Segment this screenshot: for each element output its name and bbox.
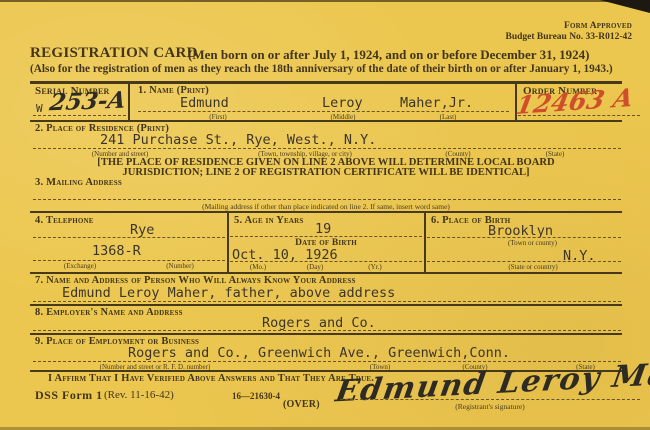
registration-card: Form Approved Budget Bureau No. 33-R012-… — [0, 0, 650, 430]
telephone-exchange-value: Rye — [130, 222, 154, 238]
contact-value: Edmund Leroy Maher, father, above addres… — [62, 285, 395, 301]
title-note: (Men born on or after July 1, 1924, and … — [188, 47, 589, 63]
residence-value: 241 Purchase St., Rye, West., N.Y. — [100, 132, 376, 148]
serial-number-prefix: W — [36, 102, 43, 115]
birth-dotted-line2 — [427, 261, 621, 262]
telephone-dotted-line1 — [33, 237, 225, 238]
contact-dotted-line — [33, 301, 621, 302]
employment-dotted-line — [33, 361, 621, 362]
form-revision: (Rev. 11-16-42) — [104, 389, 174, 401]
serial-dotted-line — [33, 115, 126, 116]
budget-bureau-line: Budget Bureau No. 33-R012-42 — [506, 32, 633, 43]
birth-dotted-line1 — [427, 237, 621, 238]
dob-sub-month: (Mo.) — [238, 263, 278, 271]
over-note: (OVER) — [283, 399, 320, 410]
jurisdiction-notice-line2: JURISDICTION; LINE 2 OF REGISTRATION CER… — [30, 167, 622, 178]
birth-sub-state: (State or country) — [478, 263, 588, 271]
mailing-address-label: 3. Mailing Address — [35, 177, 122, 188]
row1-rule — [30, 120, 622, 122]
order-dotted-line — [518, 115, 640, 116]
signature-label: (Registrant's signature) — [380, 402, 600, 411]
form-number: DSS Form 1 — [35, 388, 103, 403]
serial-name-divider — [128, 84, 130, 121]
subtitle-note: (Also for the registration of men as the… — [30, 63, 613, 75]
age-label: 5. Age in Years — [234, 215, 304, 226]
telephone-age-divider — [227, 213, 229, 272]
residence-dotted-line — [33, 148, 621, 149]
print-code: 16—21630-4 — [232, 391, 280, 401]
mailing-caption: (Mailing address if other than place ind… — [30, 202, 622, 211]
name-middle-value: Leroy — [322, 95, 363, 111]
telephone-label: 4. Telephone — [35, 215, 94, 226]
name-last-value: Maher,Jr. — [400, 95, 473, 111]
age-dotted-line — [230, 236, 422, 237]
page-title: REGISTRATION CARD — [30, 45, 198, 62]
age-value: 19 — [315, 221, 331, 237]
age-birth-divider — [424, 213, 426, 272]
telephone-sub-number: (Number) — [145, 262, 215, 270]
employer-value: Rogers and Co. — [262, 315, 376, 331]
signature-dotted-line — [340, 399, 640, 400]
serial-number-value: 253-A — [48, 87, 128, 117]
name-first-value: Edmund — [180, 95, 229, 111]
header-rule — [30, 81, 622, 84]
form-approved-block: Form Approved Budget Bureau No. 33-R012-… — [506, 21, 633, 42]
dob-sub-year: (Yr.) — [355, 263, 395, 271]
form-approved-line: Form Approved — [506, 21, 633, 32]
telephone-number-value: 1368-R — [92, 243, 141, 259]
mailing-rule — [30, 211, 622, 213]
scan-edge-top — [0, 0, 650, 2]
dob-sub-day: (Day) — [295, 263, 335, 271]
employer-label: 8. Employer's Name and Address — [35, 307, 183, 318]
telephone-sub-exchange: (Exchange) — [45, 262, 115, 270]
employment-value: Rogers and Co., Greenwich Ave., Greenwic… — [128, 345, 510, 361]
scan-corner-artifact — [600, 0, 650, 13]
telephone-dotted-line2 — [33, 260, 225, 261]
mailing-dotted-line — [33, 199, 621, 200]
dob-dotted-line — [230, 261, 422, 262]
affirmation-statement: I Affirm That I Have Verified Above Answ… — [48, 373, 374, 384]
name-dotted-line — [138, 111, 509, 112]
birth-sub-town: (Town or county) — [485, 239, 580, 247]
employer-dotted-line — [33, 330, 621, 331]
contact-label: 7. Name and Address of Person Who Will A… — [35, 275, 356, 286]
